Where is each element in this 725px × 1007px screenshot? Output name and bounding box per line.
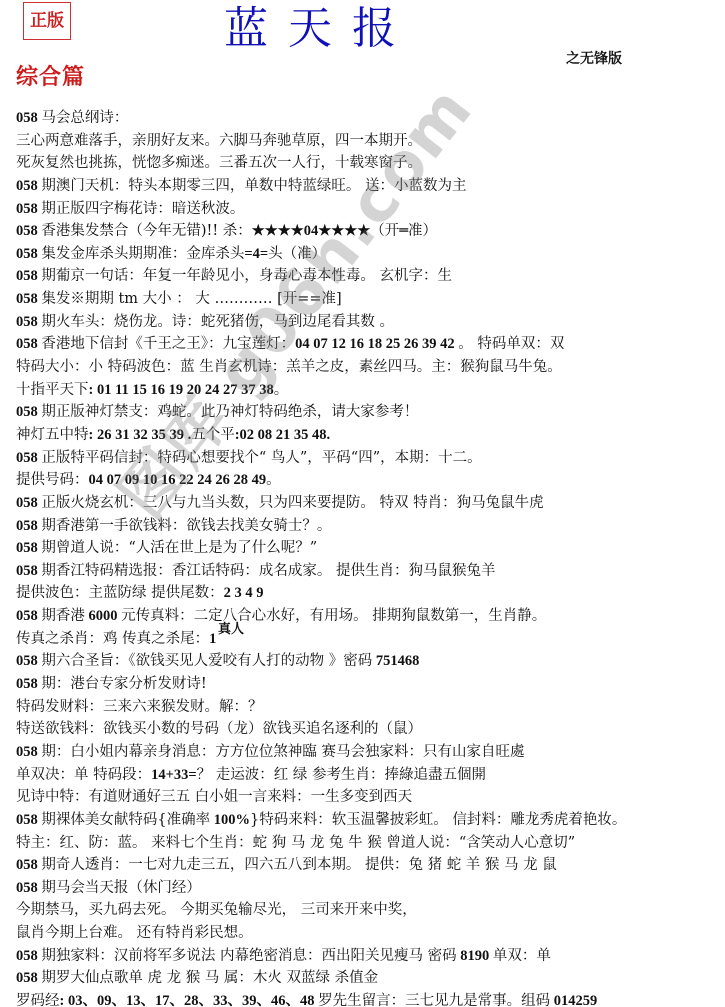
text-line: 死灰复然也挑拣，恍惚多痴迷。三番五次一人行，十载寒窗子。 bbox=[16, 152, 717, 175]
text-line: 058 期正版神灯禁支：鸡蛇。此乃神灯特码绝杀，请大家参考！ bbox=[16, 401, 717, 424]
text-line: 十指平天下: 01 11 15 16 19 20 24 27 37 38。 bbox=[16, 379, 717, 402]
text-line: 058 期马会当天报（休门经） bbox=[16, 877, 717, 900]
text-line: 058 期：白小姐内幕亲身消息：方方位位煞神臨 赛马会独家料：只有山家自旺處 bbox=[16, 741, 717, 764]
text-line: 特码大小：小 特码波色：蓝 生肖玄机诗：羔羊之皮，素丝四马。主：猴狗鼠马牛兔。 bbox=[16, 356, 717, 379]
text-line: 058 集发※期期 tm 大小 ： 大 ………… [开==准] bbox=[16, 288, 717, 311]
text-line: 三心两意难落手，亲朋好友来。六脚马奔驰草原，四一本期开。 bbox=[16, 130, 717, 153]
text-line: 058 期香港第一手欲钱料：欲钱去找美女骑士？。 bbox=[16, 515, 717, 538]
text-line: 058 期奇人透肖：一七对九走三五，四六五八到本期。 提供：兔 猪 蛇 羊 猴 … bbox=[16, 854, 717, 877]
text-line: 058 集发金库杀头期期准：金库杀头=4=头（准） bbox=[16, 243, 717, 266]
text-line: 罗码经: 03、09、13、17、28、33、39、46、48 罗先生留言：三七… bbox=[16, 990, 717, 1007]
text-line: 058 期六合圣旨：《欲钱买见人爱咬有人打的动物 》密码 751468 bbox=[16, 650, 717, 673]
text-line: 058 期火车头：烧伤龙。诗：蛇死猪伤，马到边尾看其数 。 bbox=[16, 311, 717, 334]
text-line: 今期禁马，买九码去死。 今期买兔输尽光， 三司来开来中奖， bbox=[16, 899, 717, 922]
text-line: 特码发财料：三来六来猴发财。解：？ bbox=[16, 696, 717, 719]
text-line: 神灯五中特: 26 31 32 35 39 .五个平:02 08 21 35 4… bbox=[16, 424, 717, 447]
text-line: 058 香港集发禁合（今年无错)!! 杀：★★★★04★★★★（开═准） bbox=[16, 220, 717, 243]
edition-label: 之无锋版 bbox=[566, 48, 622, 68]
text-line: 058 马会总纲诗： bbox=[16, 107, 717, 130]
text-line: 058 期正版四字梅花诗：暗送秋波。 bbox=[16, 198, 717, 221]
overlay-note: 真人 bbox=[218, 618, 244, 637]
text-line: 058 期裸体美女献特码{准确率 100%}特码来料：软玉温馨披彩虹。 信封料：… bbox=[16, 809, 717, 832]
text-line: 058 期：港台专家分析发财诗! bbox=[16, 673, 717, 696]
text-line: 鼠肖今期上台难。 还有特肖彩民想。 bbox=[16, 922, 717, 945]
text-line: 见诗中特：有道财通好三五 白小姐一言来料：一生多变到西天 bbox=[16, 786, 717, 809]
text-line: 058 期澳门天机：特头本期零三四，单数中特蓝绿旺。 送：小蓝数为主 bbox=[16, 175, 717, 198]
section-title: 综合篇 bbox=[16, 60, 85, 91]
document-body: 058 马会总纲诗： 三心两意难落手，亲朋好友来。六脚马奔驰草原，四一本期开。 … bbox=[16, 107, 717, 1007]
text-line: 058 期曾道人说：“人活在世上是为了什么呢？” bbox=[16, 537, 717, 560]
text-line: 特主：红、防：蓝。 来料七个生肖：蛇 狗 马 龙 兔 牛 猴 曾道人说：“含笑动… bbox=[16, 832, 717, 855]
text-line: 058 期香港 6000 元传真料：二定八合心水好，有用场。 排期狗鼠数第一，生… bbox=[16, 605, 717, 628]
text-line: 传真之杀肖：鸡 传真之杀尾：1 bbox=[16, 628, 717, 651]
text-line: 058 正版火烧玄机：三八与九当头数，只为四来要提防。 特双 特肖：狗马兔鼠牛虎 bbox=[16, 492, 717, 515]
text-line: 058 正版特平码信封：特码心想要找个“ 鸟人”，平码“四”，本期：十二。 bbox=[16, 447, 717, 470]
text-line: 特送欲钱料：欲钱买小数的号码（龙）欲钱买追名逐利的（鼠） bbox=[16, 718, 717, 741]
page-title: 蓝天报 bbox=[180, 0, 460, 58]
stamp-zhengban: 正版 bbox=[23, 2, 71, 40]
text-line: 058 期葡京一句话：年复一年龄见小，身毒心毒本性毒。 玄机字：生 bbox=[16, 265, 717, 288]
text-line: 单双决：单 特码段：14+33=？ 走运波：红 绿 参考生肖：捧綠追盡五個開 bbox=[16, 764, 717, 787]
text-line: 058 期独家料：汉前将军多说法 内幕绝密消息：西出阳关见瘦马 密码 8190 … bbox=[16, 945, 717, 968]
text-line: 058 期罗大仙点歌单 虎 龙 猴 马 属：木火 双蓝绿 杀值金 bbox=[16, 967, 717, 990]
text-line: 058 香港地下信封《千王之王》：九宝莲灯：04 07 12 16 18 25 … bbox=[16, 333, 717, 356]
text-line: 提供波色：主蓝防绿 提供尾数：2 3 4 9 bbox=[16, 582, 717, 605]
text-line: 058 期香江特码精选报：香江话特码：成名成家。 提供生肖：狗马鼠猴兔羊 bbox=[16, 560, 717, 583]
text-line: 提供号码：04 07 09 10 16 22 24 26 28 49。 bbox=[16, 469, 717, 492]
